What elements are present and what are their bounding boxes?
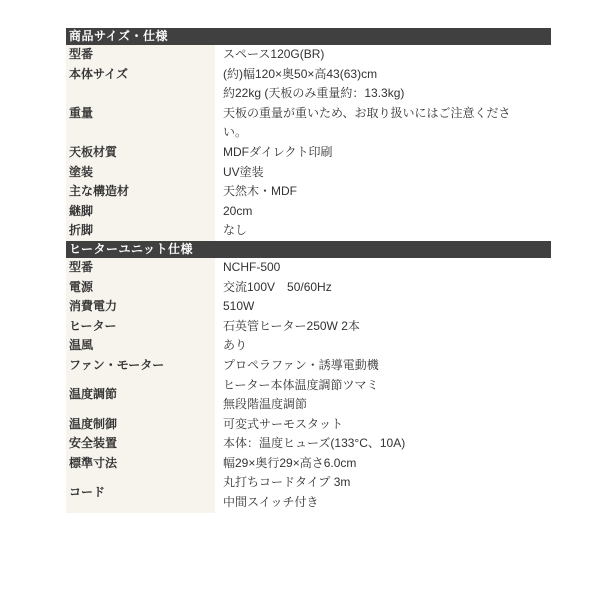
row-value: あり — [215, 336, 551, 356]
row-value: 幅29×奥行29×高さ6.0cm — [215, 454, 551, 474]
row-label: 型番 — [66, 258, 215, 278]
table-row: 標準寸法 幅29×奥行29×高さ6.0cm — [66, 454, 551, 474]
row-value: 石英管ヒーター250W 2本 — [215, 317, 551, 337]
row-label: 塗装 — [66, 163, 215, 183]
row-label: ヒーター — [66, 317, 215, 337]
table-row: 塗装 UV塗装 — [66, 163, 551, 183]
row-label: ファン・モーター — [66, 356, 215, 376]
row-value: NCHF-500 — [215, 258, 551, 278]
row-label: コード — [66, 473, 215, 512]
table-row: 主な構造材 天然木・MDF — [66, 182, 551, 202]
row-value: 本体：温度ヒューズ(133°C、10A) — [215, 434, 551, 454]
row-value: なし — [215, 221, 551, 241]
row-value: 可変式サーモスタット — [215, 415, 551, 435]
section-title-heater: ヒーターユニット仕様 — [66, 241, 551, 258]
section-header-row: 商品サイズ・仕様 — [66, 28, 551, 45]
row-label: 電源 — [66, 278, 215, 298]
table-row: コード 丸打ちコードタイプ 3m 中間スイッチ付き — [66, 473, 551, 512]
table-row: 重量 約22kg (天板のみ重量約：13.3kg) 天板の重量が重いため、お取り… — [66, 84, 551, 143]
table-row: 継脚 20cm — [66, 202, 551, 222]
row-value: (約)幅120×奥50×高43(63)cm — [215, 65, 551, 85]
row-label: 消費電力 — [66, 297, 215, 317]
table-row: 電源 交流100V 50/60Hz — [66, 278, 551, 298]
row-value: UV塗装 — [215, 163, 551, 183]
row-label: 折脚 — [66, 221, 215, 241]
table-row: 本体サイズ (約)幅120×奥50×高43(63)cm — [66, 65, 551, 85]
section-header-row: ヒーターユニット仕様 — [66, 241, 551, 258]
row-value: 約22kg (天板のみ重量約：13.3kg) 天板の重量が重いため、お取り扱いに… — [215, 84, 551, 143]
table-row: 型番 スペース120G(BR) — [66, 45, 551, 65]
row-label: 温度制御 — [66, 415, 215, 435]
row-label: 天板材質 — [66, 143, 215, 163]
table-row: 温度制御 可変式サーモスタット — [66, 415, 551, 435]
row-value: 交流100V 50/60Hz — [215, 278, 551, 298]
row-value: スペース120G(BR) — [215, 45, 551, 65]
row-value: 丸打ちコードタイプ 3m 中間スイッチ付き — [215, 473, 551, 512]
section-heater-specs: ヒーターユニット仕様 型番 NCHF-500 電源 交流100V 50/60Hz… — [66, 241, 551, 513]
row-label: 主な構造材 — [66, 182, 215, 202]
row-label: 重量 — [66, 84, 215, 143]
table-row: 型番 NCHF-500 — [66, 258, 551, 278]
row-label: 継脚 — [66, 202, 215, 222]
section-title-product: 商品サイズ・仕様 — [66, 28, 551, 45]
row-value: プロペラファン・誘導電動機 — [215, 356, 551, 376]
row-label: 型番 — [66, 45, 215, 65]
row-value: 天然木・MDF — [215, 182, 551, 202]
row-value: MDFダイレクト印刷 — [215, 143, 551, 163]
table-row: 消費電力 510W — [66, 297, 551, 317]
section-product-specs: 商品サイズ・仕様 型番 スペース120G(BR) 本体サイズ (約)幅120×奥… — [66, 28, 551, 241]
table-row: 天板材質 MDFダイレクト印刷 — [66, 143, 551, 163]
table-row: 温風 あり — [66, 336, 551, 356]
table-row: ヒーター 石英管ヒーター250W 2本 — [66, 317, 551, 337]
table-row: 安全装置 本体：温度ヒューズ(133°C、10A) — [66, 434, 551, 454]
row-label: 本体サイズ — [66, 65, 215, 85]
row-label: 安全装置 — [66, 434, 215, 454]
row-label: 温度調節 — [66, 376, 215, 415]
row-value: ヒーター本体温度調節ツマミ 無段階温度調節 — [215, 376, 551, 415]
row-label: 標準寸法 — [66, 454, 215, 474]
table-row: ファン・モーター プロペラファン・誘導電動機 — [66, 356, 551, 376]
row-value: 510W — [215, 297, 551, 317]
table-row: 温度調節 ヒーター本体温度調節ツマミ 無段階温度調節 — [66, 376, 551, 415]
row-value: 20cm — [215, 202, 551, 222]
table-row: 折脚 なし — [66, 221, 551, 241]
spec-table: 商品サイズ・仕様 型番 スペース120G(BR) 本体サイズ (約)幅120×奥… — [66, 28, 551, 513]
row-label: 温風 — [66, 336, 215, 356]
